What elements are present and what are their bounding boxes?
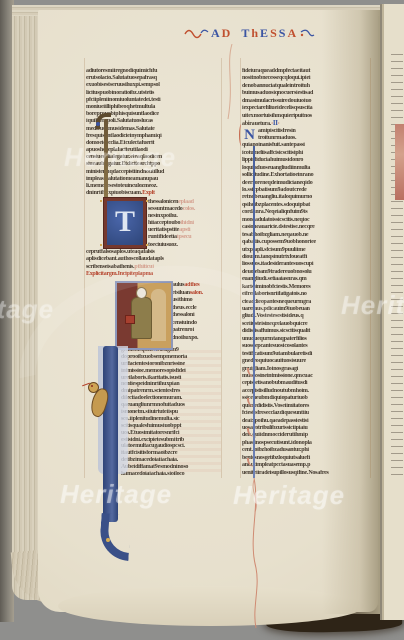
manuscript-text-line: ex uobis est seruus ihu xpi. semp sol — [86, 82, 220, 89]
header-letter: T — [241, 26, 251, 40]
ruling-line — [370, 58, 371, 478]
chapter-initial-N: N — [242, 127, 257, 143]
manuscript-text-line: qsi hoibz placentes. s do qui pbat — [242, 202, 369, 209]
header-letter: S — [270, 26, 279, 40]
manuscript-text-line: euangliu di. s etia aias nras. qm — [242, 276, 369, 283]
manuscript-text-line: deis. qui i dnm occiderut ihm i p — [242, 432, 369, 439]
manuscript-text-line: tes ab hoibz gliam. neq a uob. ne — [242, 232, 369, 239]
ruling-line — [240, 58, 241, 478]
manuscript-text-line: runt i fide etia i psecu — [148, 234, 220, 241]
manuscript-text-line: bentes nos getibz loqui ut salue fi — [242, 455, 369, 462]
watermark-text: Heritage — [341, 290, 404, 321]
manuscript-text-line: gne deo qui uocauit uos i suu re — [242, 358, 369, 365]
manuscript-text-line: s sic e ue ubm di qui opatur i uob — [242, 395, 369, 402]
manuscript-text-line: lippis fiducia huimus i do nro — [242, 157, 369, 164]
manuscript-text-line: unuqueq urm tanq pater filios — [242, 336, 369, 343]
manuscript-text-line: nes in xpo ihu. — [148, 213, 220, 220]
manuscript-text-line: i cotumeliis affci sic scitis i phi — [242, 150, 369, 157]
manuscript-text-line: mus do sine intmissione. qm cu ac — [242, 373, 369, 380]
ruling-line — [84, 58, 85, 478]
watermark-text: Heritage — [233, 480, 345, 511]
manuscript-text-line: uit ex mortuis ihm qui eripuit nos — [242, 113, 369, 120]
manuscript-text-line: pfci i pleni in omi uoluntate dei. testi — [86, 97, 220, 104]
ink-offset-ghost — [121, 350, 221, 476]
decorated-initial-T: T — [103, 197, 147, 249]
manuscript-text-line: suos depcantes uos i cosolantes — [242, 343, 369, 350]
header-letter: E — [260, 26, 270, 40]
manuscript-text-line: lios suos. ita desiderantes uos cupi — [242, 261, 369, 268]
initial-T-letter: T — [107, 201, 143, 245]
manuscript-text-line: de nob annuciat quale introitu h — [242, 83, 369, 90]
manuscript-text-line: uenit ei ira dei sup illos usq i fine. N… — [242, 470, 369, 477]
manuscript-text-line: erut solacio. Salutat uos epafras q — [86, 75, 220, 82]
manuscript-photo: ADThESSA adiutores mi i regno di qui mic… — [0, 0, 404, 640]
manuscript-text-line: uos a cotribulibz uris sic i ipi a iu — [242, 425, 369, 432]
manuscript-text-line: toe ciuiu suoz. — [148, 242, 220, 249]
manuscript-text-line: fci estis fres ecclaz di que sunt i iu — [242, 410, 369, 417]
manuscript-text-line: adiutores mi i regno di qui mich fu — [86, 68, 220, 75]
manuscript-text-line: dea i xpo ihu. qa eade passi estis i — [242, 418, 369, 425]
header-flourish-right-icon — [299, 27, 315, 39]
facing-page-text — [391, 54, 403, 478]
manuscript-text-line: phas. i nos psecuti sunt. i do no pla — [242, 440, 369, 447]
watermark-text: Heritage — [64, 142, 176, 173]
facing-page-initial — [395, 124, 404, 200]
manuscript-text-line: lo. s sic pbati sum9 a do ut crede — [242, 187, 369, 194]
manuscript-text-line: ses sunt macedo colos. — [148, 206, 220, 213]
watermark-text: Heritage — [60, 479, 172, 510]
manuscript-text-line: am ipi scitis fres in — [242, 128, 369, 135]
left-column-argumentum-beside-initial: thessalonicen epla adses sunt macedo col… — [148, 199, 220, 249]
manuscript-text-line: dio urm. tanq si nutrix foueat fi — [242, 254, 369, 261]
gold-dot — [106, 538, 110, 542]
page-bottom-curve — [58, 586, 364, 626]
initial-N-penwork — [239, 124, 244, 146]
manuscript-text-line: sollicitudine. Exhortatio ei nra no — [242, 172, 369, 179]
manuscript-text-line: ut xpi apli. s fci sum9 puuli i me — [242, 247, 369, 254]
manuscript-text-line: corda nra. Neq ei aliqn fuim9 i s — [242, 209, 369, 216]
manuscript-text-line: accepistis illud no ut ubm hoim. — [242, 388, 369, 395]
manuscript-text-line: ceprut falsos aplos. ut ea q a falsis — [86, 249, 220, 256]
manuscript-text-line: ab ira uetura. ·II· — [242, 120, 369, 127]
manuscript-text-line: thessalonicen epla ad — [148, 199, 220, 206]
header-letter: h — [251, 26, 260, 40]
running-header-title: ADThESSA — [211, 24, 298, 42]
header-penwork-thread — [222, 44, 238, 120]
header-letter: A — [211, 26, 222, 40]
manuscript-text-line: ueritatis pstite a psti — [148, 227, 220, 234]
manuscript-text-line: aplis dicebant. aut hos collaudat apls — [86, 256, 220, 263]
manuscript-text-line: loqui ad uos euangliu di in multa — [242, 165, 369, 172]
manuscript-text-line: buimus ad uos i qno cuersi estis ad — [242, 90, 369, 97]
manuscript-text-line: de uolebam9 tradere uob no solu — [242, 269, 369, 276]
manuscript-text-line: de errore neq de imudicia neq i do — [242, 180, 369, 187]
manuscript-text-line: casione auaricie. ds testis e. nec qre — [242, 224, 369, 231]
manuscript-text-line: didistis affuimus. sic scitis qualit — [242, 328, 369, 335]
manuscript-text-line: gnu i gliam. Io i nos gras agi — [242, 366, 369, 373]
manuscript-text-line: troitu nrm ad uos. — [242, 135, 369, 142]
manuscript-text-line: q ab aliis. cu possem9 uob honori ee — [242, 239, 369, 246]
manuscript-text-line: dm a simulacris suire do uiuo i uo — [242, 98, 369, 105]
manuscript-text-line: i expectare filiu ei de celis q suscita — [242, 105, 369, 112]
manuscript-text-line: quia no inanis fuit. s ante passi — [242, 142, 369, 149]
manuscript-text-line: no sit nob necesse qcq loqui. ipi ei — [242, 75, 369, 82]
manuscript-text-line: licitus p uob in oratioibz. ut stetis — [86, 90, 220, 97]
header-flourish-left-icon — [184, 27, 210, 39]
watermark-text: Heritage — [0, 294, 54, 325]
running-header: ADThESSA — [184, 24, 315, 42]
manuscript-text-line: fidei ura que ad dm pfecta e ita ut — [242, 68, 369, 75]
header-letter: D — [222, 26, 233, 40]
manuscript-text-line: ret nob euangliu. ita loquimur no — [242, 194, 369, 201]
manuscript-text-line: moniu ei illi phibeo q het multu la — [86, 104, 220, 111]
manuscript-text-line: ant. ut impleat pccta sua semp. p — [242, 462, 369, 469]
manuscript-text-line: cent. i oibz hoibz adusantur. phi — [242, 447, 369, 454]
right-column-text: fidei ura que ad dm pfecta e ita utno si… — [242, 68, 369, 477]
manuscript-text-line: qui credidistis. Vos ei imitatores — [242, 403, 369, 410]
dragon-eye — [91, 385, 93, 387]
header-letter: A — [287, 26, 298, 40]
manuscript-text-line: testificati sum9 ut ambularetis di — [242, 351, 369, 358]
ruling-line — [221, 58, 222, 478]
manuscript-text-line: cepissetis a nob ubm auditus di — [242, 380, 369, 387]
manuscript-text-line: hii accepto ubo ihi dni — [148, 220, 220, 227]
manuscript-text-line: mone adulatois sic scitis. neq i oc — [242, 217, 369, 224]
